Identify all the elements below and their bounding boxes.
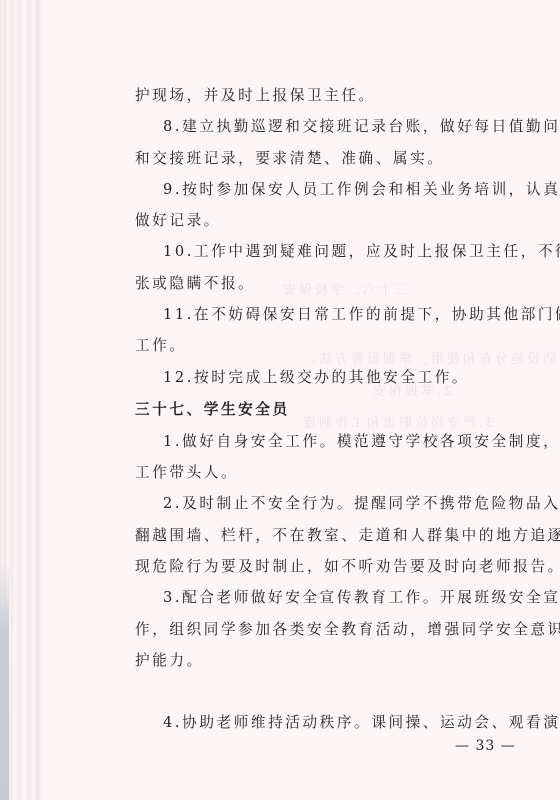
text-line: 作，组织同学参加各类安全教育活动，增强同学安全意识和自我保 <box>135 620 535 640</box>
text-line: 做好记录。 <box>135 211 535 231</box>
text-line: 护现场，并及时上报保卫主任。 <box>135 86 535 106</box>
text-line: 张或隐瞒不报。 <box>135 274 535 294</box>
list-item-1: 1.做好自身安全工作。模范遵守学校各项安全制度，做安全 <box>163 432 560 452</box>
page-number: — 33 — <box>455 738 516 754</box>
list-item-9: 9.按时参加保安人员工作例会和相关业务培训，认真听讲并 <box>163 180 560 200</box>
text-line: 工作。 <box>135 336 535 356</box>
text-line: 和交接班记录，要求清楚、准确、属实。 <box>135 149 535 169</box>
list-item-3: 3.配合老师做好安全宣传教育工作。开展班级安全宣传工 <box>163 588 560 608</box>
text-line: 护能力。 <box>135 651 535 671</box>
list-item-10: 10.工作中遇到疑难问题，应及时上报保卫主任，不得擅作主 <box>163 242 560 262</box>
list-item-2: 2.及时制止不安全行为。提醒同学不携带危险物品入校，不 <box>163 494 560 514</box>
list-item-12: 12.按时完成上级交办的其他安全工作。 <box>163 368 560 388</box>
list-item-4: 4.协助老师维持活动秩序。课间操、运动会、观看演出、外出 <box>163 713 560 733</box>
text-line: 工作带头人。 <box>135 463 535 483</box>
text-line: 现危险行为要及时制止，如不听劝告要及时向老师报告。 <box>135 557 535 577</box>
document-page: 护现场，并及时上报保卫主任。 8.建立执勤巡逻和交接班记录台账，做好每日值勤问题… <box>0 0 560 800</box>
section-heading: 三十七、学生安全员 <box>135 400 535 420</box>
list-item-8: 8.建立执勤巡逻和交接班记录台账，做好每日值勤问题记录 <box>163 117 560 137</box>
list-item-11: 11.在不妨碍保安日常工作的前提下，协助其他部门做好服务 <box>163 305 560 325</box>
text-line: 翻越围墙、栏杆，不在教室、走道和人群集中的地方追逐嬉闹。发 <box>135 526 535 546</box>
